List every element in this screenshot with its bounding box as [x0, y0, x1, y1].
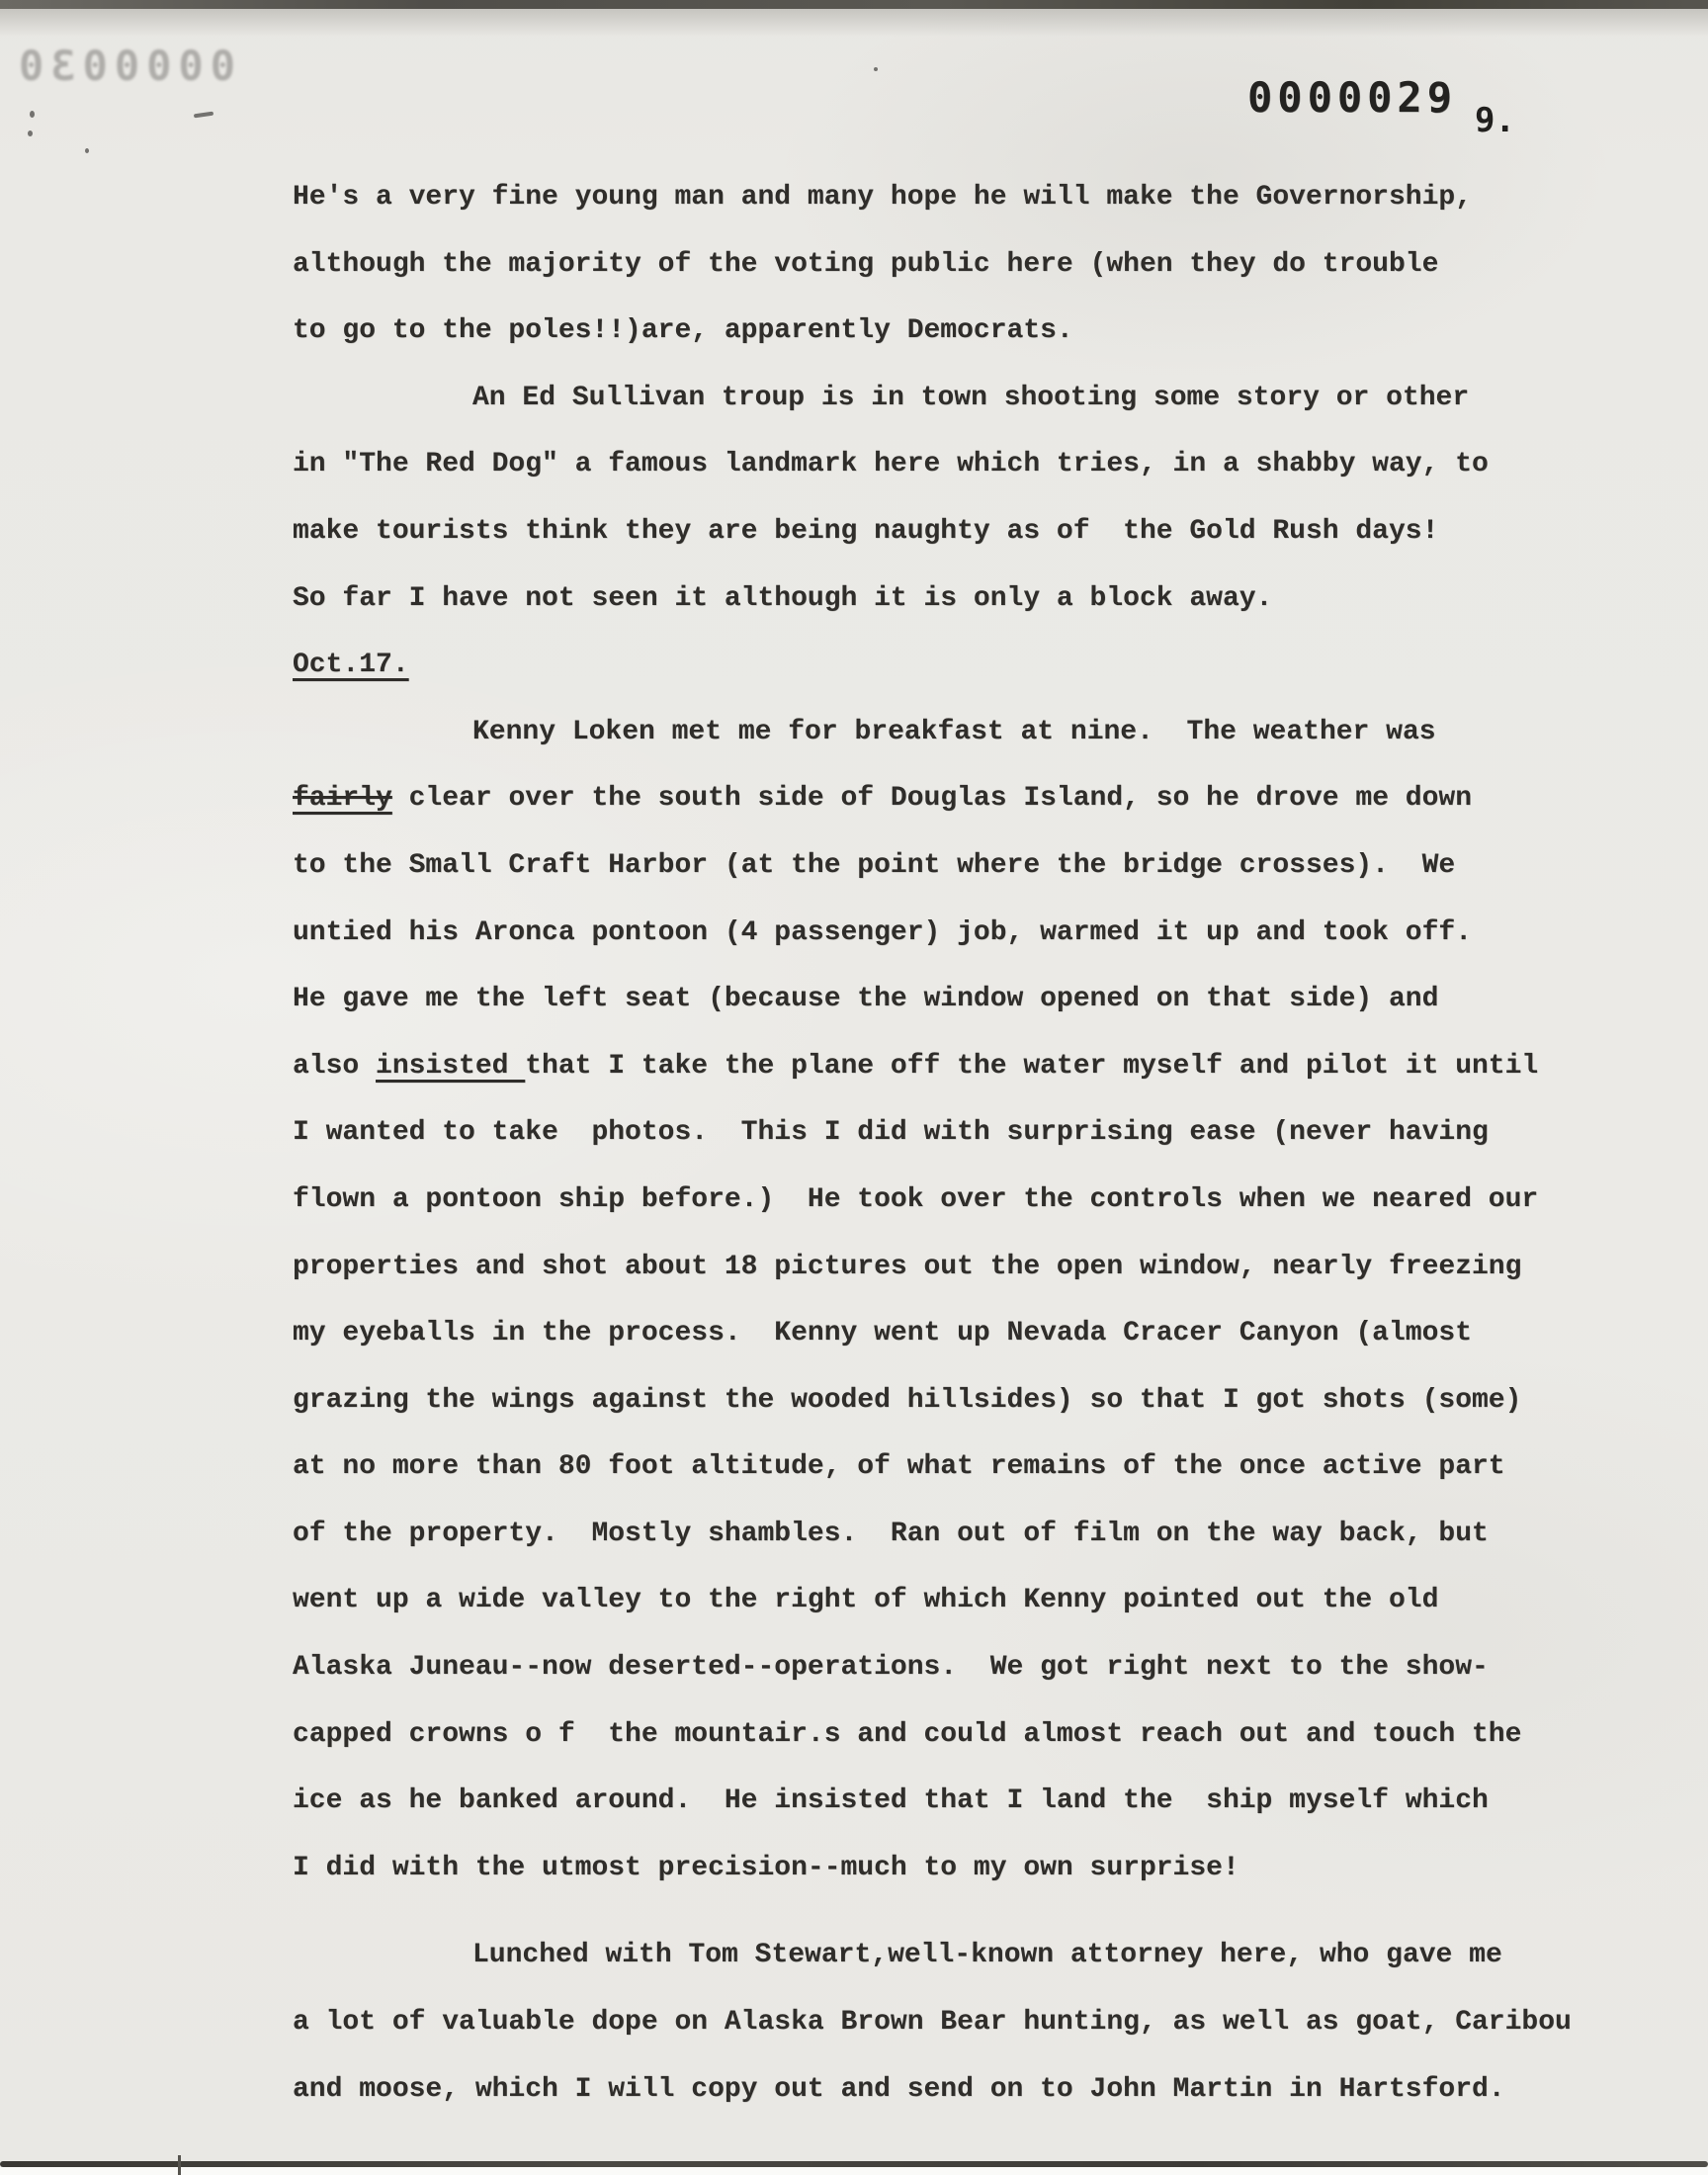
- typed-line: although the majority of the voting publ…: [293, 231, 1657, 299]
- ink-speck: [85, 148, 89, 153]
- typed-text-block: He's a very fine young man and many hope…: [293, 164, 1657, 2123]
- document-stamp-number: 0000029: [1247, 73, 1457, 122]
- typed-line: He gave me the left seat (because the wi…: [293, 966, 1657, 1033]
- typed-line: I did with the utmost precision--much to…: [293, 1835, 1657, 1902]
- typed-line: Alaska Juneau--now deserted--operations.…: [293, 1634, 1657, 1701]
- typed-line: a lot of valuable dope on Alaska Brown B…: [293, 1989, 1657, 2056]
- scan-top-shadow: [0, 9, 1708, 37]
- typed-line: make tourists think they are being naugh…: [293, 498, 1657, 565]
- typed-line: went up a wide valley to the right of wh…: [293, 1567, 1657, 1634]
- line-text: also: [293, 1051, 376, 1082]
- typed-line: Oct.17.: [293, 632, 1657, 699]
- line-text: clear over the south side of Douglas Isl…: [392, 783, 1472, 814]
- scan-top-edge: [0, 0, 1708, 9]
- struck-word: fairly: [293, 783, 392, 814]
- page-number: 9.: [1475, 101, 1515, 140]
- typed-line: ice as he banked around. He insisted tha…: [293, 1768, 1657, 1835]
- ink-speck: [874, 67, 878, 71]
- ink-speck: [30, 111, 35, 118]
- typed-line: to the Small Craft Harbor (at the point …: [293, 832, 1657, 900]
- bleed-through-stamp: 0000030: [12, 42, 235, 90]
- scanned-page: 0000030 0000029 9. He's a very fine youn…: [0, 0, 1708, 2175]
- ink-speck: [28, 130, 33, 136]
- typed-line: I wanted to take photos. This I did with…: [293, 1099, 1657, 1167]
- typed-line: grazing the wings against the wooded hil…: [293, 1367, 1657, 1435]
- ink-smudge: [194, 112, 213, 119]
- line-text: that I take the plane off the water myse…: [525, 1051, 1538, 1082]
- typed-line: properties and shot about 18 pictures ou…: [293, 1234, 1657, 1301]
- typed-line: in "The Red Dog" a famous landmark here …: [293, 431, 1657, 498]
- typed-line: Kenny Loken met me for breakfast at nine…: [293, 699, 1657, 766]
- typed-line: So far I have not seen it although it is…: [293, 565, 1657, 633]
- typed-line: capped crowns o f the mountair.s and cou…: [293, 1701, 1657, 1769]
- typed-line: to go to the poles!!)are, apparently Dem…: [293, 298, 1657, 365]
- underlined-word: insisted: [376, 1051, 525, 1082]
- typed-line: my eyeballs in the process. Kenny went u…: [293, 1300, 1657, 1367]
- typed-line: fairly clear over the south side of Doug…: [293, 765, 1657, 832]
- scan-bottom-strip: [0, 2167, 1708, 2175]
- typed-line: Lunched with Tom Stewart,well-known atto…: [293, 1922, 1657, 1989]
- scan-bottom-tick: [178, 2155, 181, 2175]
- typed-line: also insisted that I take the plane off …: [293, 1033, 1657, 1100]
- date-heading: Oct.17.: [293, 650, 409, 680]
- typed-line: at no more than 80 foot altitude, of wha…: [293, 1434, 1657, 1501]
- typed-line: flown a pontoon ship before.) He took ov…: [293, 1167, 1657, 1234]
- typed-line: of the property. Mostly shambles. Ran ou…: [293, 1501, 1657, 1568]
- typed-line: untied his Aronca pontoon (4 passenger) …: [293, 900, 1657, 967]
- typed-line: He's a very fine young man and many hope…: [293, 164, 1657, 231]
- typed-line: and moose, which I will copy out and sen…: [293, 2056, 1657, 2124]
- typed-line: An Ed Sullivan troup is in town shooting…: [293, 365, 1657, 432]
